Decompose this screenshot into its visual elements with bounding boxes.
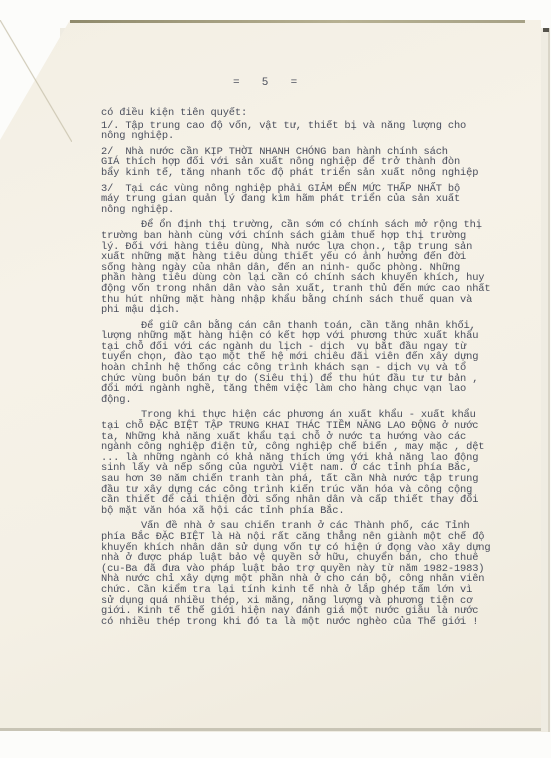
paragraph-item-2: 2/ Nhà nước cần KỊP THỜI NHANH CHÓNG ban… <box>101 147 541 179</box>
text-line: nông nghiệp. <box>101 205 541 216</box>
paragraph-market: Để ổn định thị trường, cần sớm có chính … <box>101 220 541 315</box>
text-line: phía Bắc ĐẶC BIỆT là Hà nội rất căng thẳ… <box>101 532 541 543</box>
paper-top-edge <box>70 20 525 23</box>
paragraph-balance: Để giữ cân bằng cán cân thanh toán, cần … <box>101 321 541 406</box>
text-line: bộ mặt văn hóa xã hội các tỉnh phía Bắc. <box>101 506 541 517</box>
text-line: bẩy kinh tế, tăng nhanh tốc độ phát triể… <box>101 168 541 179</box>
paragraph-intro: có điều kiện tiên quyết: <box>101 108 541 119</box>
paper-bottom-edge <box>0 728 541 731</box>
paragraph-item-1: 1/. Tập trung cao độ vốn, vật tư, thiết … <box>101 121 541 142</box>
text-line: đổi mới ngành nghề, tăng thêm việc làm c… <box>101 384 541 395</box>
text-line: có điều kiện tiên quyết: <box>101 108 541 119</box>
scanned-page: = 5 = có điều kiện tiên quyết:1/. Tập tr… <box>0 0 551 758</box>
text-line: có nhiều thép trong khi đó ta là một nướ… <box>101 617 541 628</box>
paragraph-export: Trong khi thực hiện các phương án xuất k… <box>101 410 541 516</box>
folded-corner <box>0 20 72 142</box>
text-line: trường ban hành cùng với chính sách giảm… <box>101 231 541 242</box>
text-line: nông nghiệp. <box>101 131 541 142</box>
page-number: = 5 = <box>233 77 300 89</box>
paragraph-item-3: 3/ Tại các vùng nông nghiệp phải GIẢM ĐẾ… <box>101 184 541 216</box>
paragraph-housing: Vấn đề nhà ở sau chiến tranh ở các Thành… <box>101 521 541 627</box>
text-line: động. <box>101 395 541 406</box>
back-sheet-edge <box>543 28 549 32</box>
text-line: chức. Cần kiểm tra lại tính kinh tế nhà … <box>101 585 541 596</box>
text-line: động vốn trong nhân dân vào sản xuất, tr… <box>101 284 541 295</box>
text-line: phi mậu dịch. <box>101 305 541 316</box>
text-line: sau hơn 30 năm chiến tranh tàn phá, tất … <box>101 474 541 485</box>
document-body: có điều kiện tiên quyết:1/. Tập trung ca… <box>101 108 541 632</box>
